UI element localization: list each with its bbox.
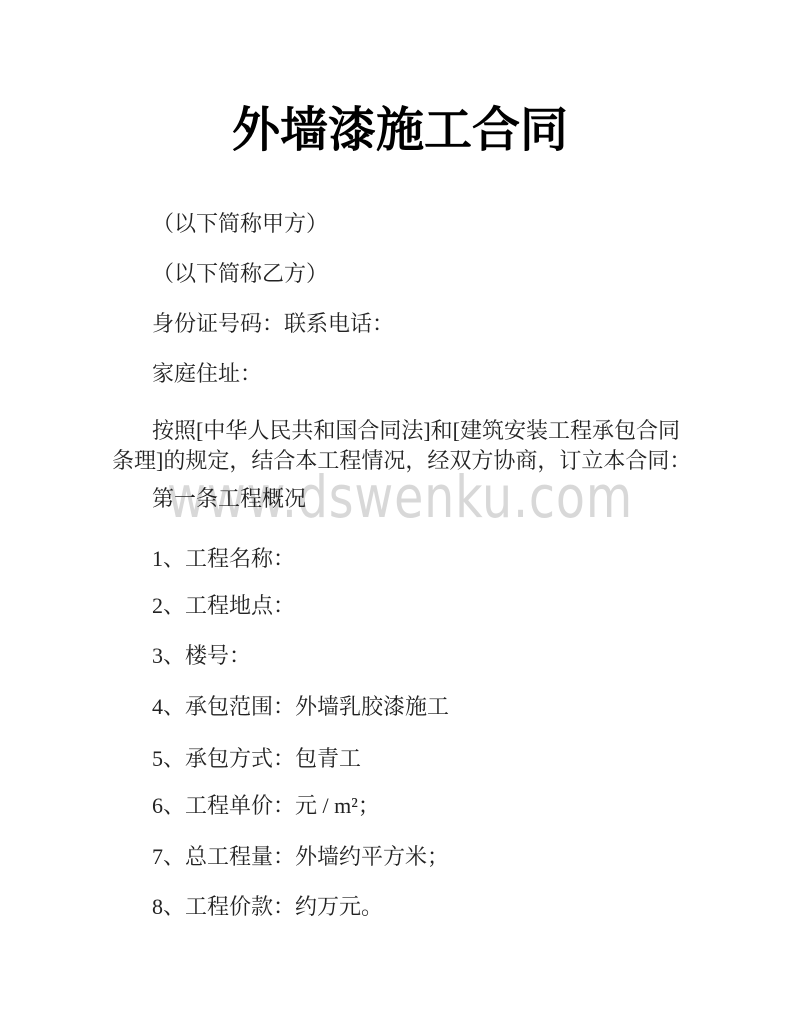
party-a-line: （以下简称甲方）	[112, 211, 710, 237]
preamble-line-2: 条理]的规定，结合本工程情况，经双方协商，订立本合同：	[112, 448, 710, 474]
contract-item-4: 4、承包范围：外墙乳胶漆施工	[112, 694, 710, 720]
contract-item-1: 1、工程名称：	[112, 546, 710, 572]
section-1-heading: 第一条工程概况	[112, 486, 710, 512]
contract-item-7: 7、总工程量：外墙约平方米；	[112, 844, 710, 870]
document-page: www.dswenku.com 外墙漆施工合同 （以下简称甲方） （以下简称乙方…	[0, 0, 800, 1036]
id-and-phone-line: 身份证号码：联系电话：	[112, 311, 710, 337]
party-b-line: （以下简称乙方）	[112, 261, 710, 287]
contract-item-8: 8、工程价款：约万元。	[112, 894, 710, 920]
contract-item-2: 2、工程地点：	[112, 593, 710, 619]
contract-item-3: 3、楼号：	[112, 643, 710, 669]
preamble-line-1: 按照[中华人民共和国合同法]和[建筑安装工程承包合同	[112, 418, 710, 444]
contract-item-5: 5、承包方式：包青工	[112, 746, 710, 772]
document-title: 外墙漆施工合同	[0, 100, 800, 160]
home-address-line: 家庭住址：	[112, 361, 710, 387]
contract-item-6: 6、工程单价：元 / m²；	[112, 793, 710, 819]
